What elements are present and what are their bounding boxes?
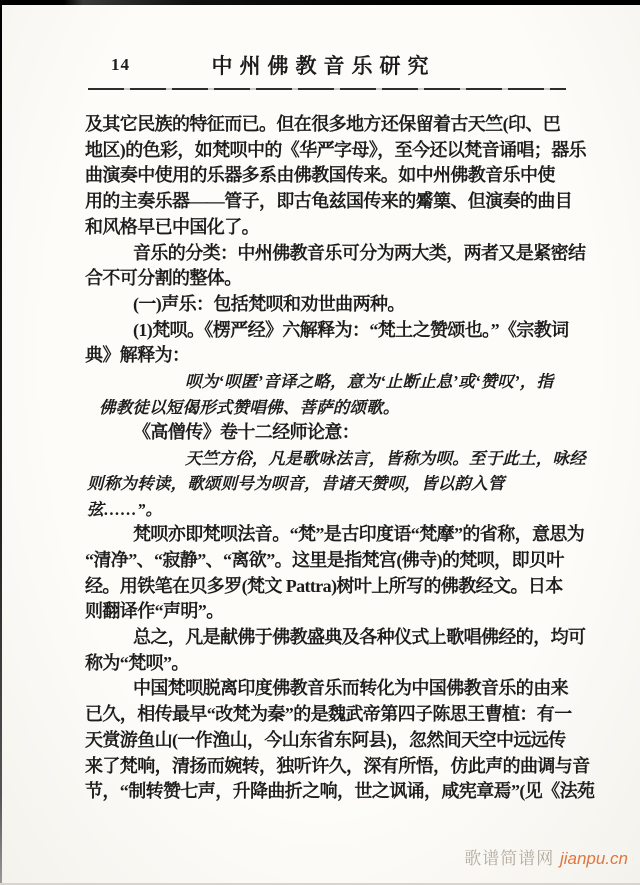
text-line: 地区)的色彩，如梵呗中的《华严字母》，至今还以梵音诵唱；器乐 <box>85 138 574 164</box>
page-header: 14 中州佛教音乐研究 <box>0 50 640 80</box>
text-line: 用的主奏乐器——管子，即古龟兹国传来的觱篥、但演奏的曲目 <box>85 189 574 215</box>
watermark-site-url: jianpu.cn <box>560 849 628 868</box>
text-line: 称为“梵呗”。 <box>85 651 574 677</box>
text-line: 节，“制转赞七声，升降曲折之响，世之讽诵，咸宪章焉”(见《法苑 <box>85 779 574 805</box>
page-number: 14 <box>111 55 130 75</box>
text-line: 典》解释为： <box>85 343 574 369</box>
body-text: 及其它民族的特征而已。但在很多地方还保留着古天竺(印、巴 地区)的色彩，如梵呗中… <box>0 90 640 805</box>
text-line: (1)梵呗。《楞严经》六解释为：“梵土之赞颂也。”《宗教词 <box>85 318 574 344</box>
text-line: (一)声乐：包括梵呗和劝世曲两种。 <box>85 292 574 318</box>
watermark-site-name: 歌谱简谱网 <box>464 849 554 868</box>
text-line: 总之，凡是献佛于佛教盛典及各种仪式上歌唱佛经的，均可 <box>85 625 574 651</box>
text-line: 及其它民族的特征而已。但在很多地方还保留着古天竺(印、巴 <box>85 112 574 138</box>
text-line: 《高僧传》卷十二经师论意： <box>85 420 574 446</box>
text-line: 梵呗亦即梵呗法音。“梵”是古印度语“梵摩”的省称，意思为 <box>85 522 574 548</box>
scan-artifact-left-bar <box>0 0 2 885</box>
text-line: 曲演奏中使用的乐器多系由佛教国传来。如中州佛教音乐中使 <box>85 163 574 189</box>
text-line: 则翻译作“声明”。 <box>85 599 574 625</box>
scan-artifact-top-bar <box>0 0 640 5</box>
text-line: 经。用铁笔在贝多罗(梵文 Pattra)树叶上所写的佛教经文。日本 <box>85 574 574 600</box>
page-title: 中州佛教音乐研究 <box>0 50 640 80</box>
quote-line: 佛教徒以短偈形式赞唱佛、菩萨的颂歌。 <box>85 395 574 421</box>
watermark: 歌谱简谱网 jianpu.cn <box>464 844 628 869</box>
text-line: 合不可分割的整体。 <box>85 266 574 292</box>
text-line: 来了梵响，清扬而婉转，独听许久，深有所悟，仿此声的曲调与音 <box>85 754 574 780</box>
text-line: 中国梵呗脱离印度佛教音乐而转化为中国佛教音乐的由来 <box>85 676 574 702</box>
quote-line: 弦……”。 <box>85 497 574 523</box>
quote-line: 天竺方俗，凡是歌咏法言，皆称为呗。至于此土，咏经 <box>85 446 574 472</box>
text-line: “清净”、“寂静”、“离欲”。这里是指梵宫(佛寺)的梵呗，即贝叶 <box>85 548 574 574</box>
quote-line: 则称为转读，歌颂则号为呗音，昔诸天赞呗，皆以韵入管 <box>85 471 574 497</box>
text-line: 和风格早已中国化了。 <box>85 215 574 241</box>
text-line: 已久，相传最早“改梵为秦”的是魏武帝第四子陈思王曹植：有一 <box>85 702 574 728</box>
text-line: 音乐的分类：中州佛教音乐可分为两大类，两者又是紧密结 <box>85 241 574 267</box>
book-page: 14 中州佛教音乐研究 及其它民族的特征而已。但在很多地方还保留着古天竺(印、巴… <box>0 0 640 885</box>
quote-line: 呗为‘呗匿’音译之略，意为‘止断止息’或‘赞叹’，指 <box>85 369 574 395</box>
text-line: 天赏游鱼山(一作渔山，今山东省东阿县)，忽然间天空中远远传 <box>85 728 574 754</box>
